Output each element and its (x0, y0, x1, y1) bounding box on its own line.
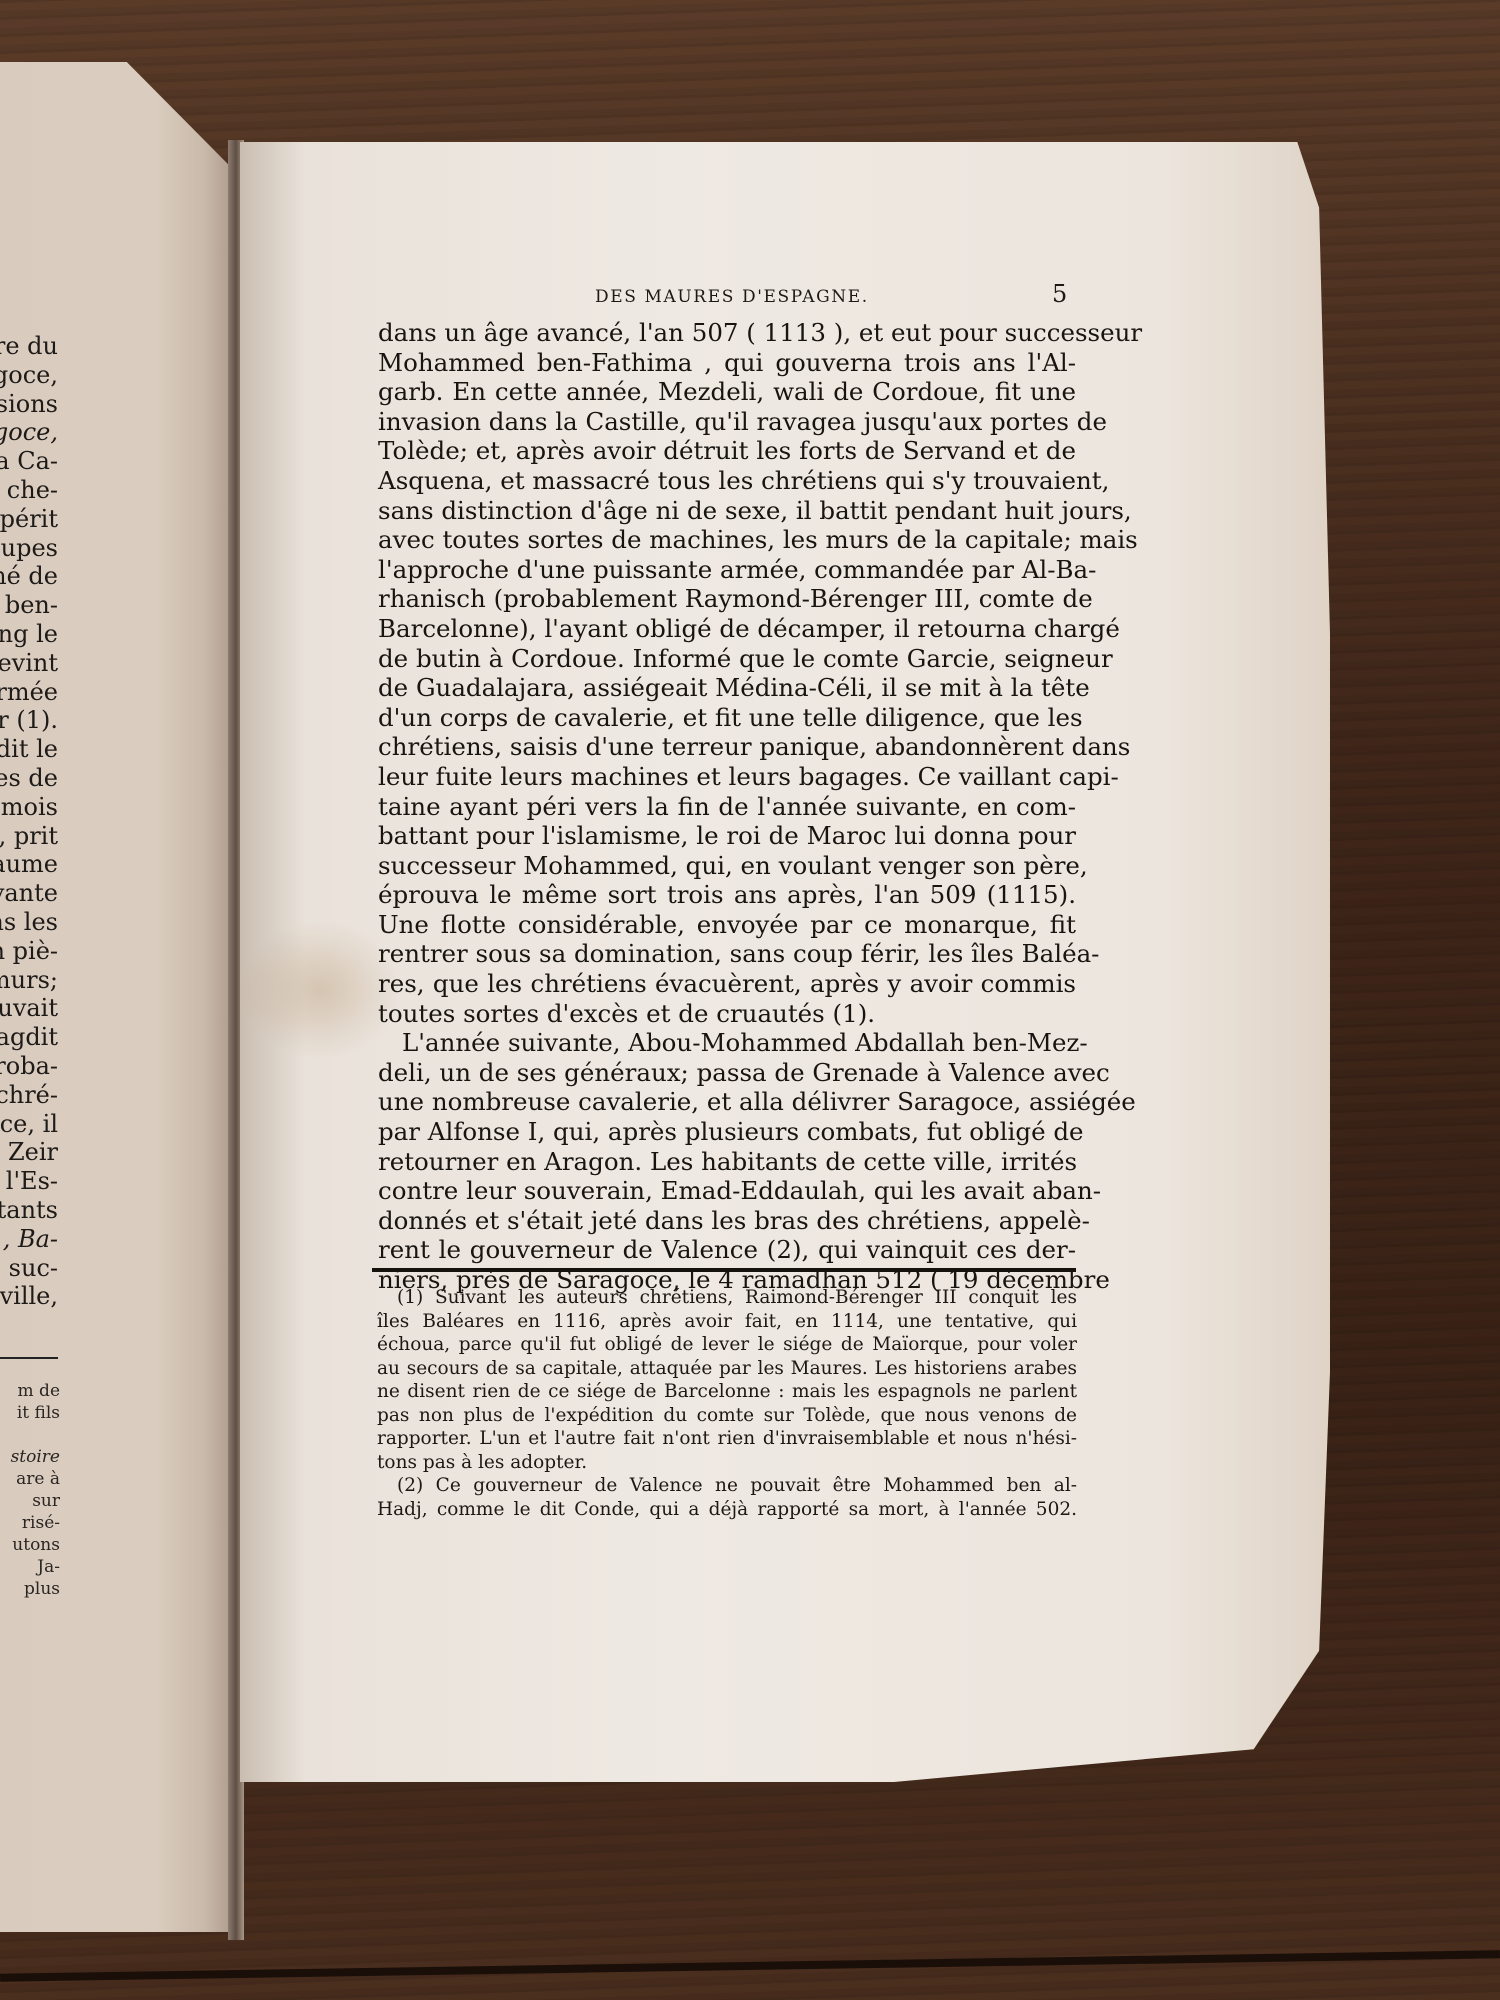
text-line: d'un corps de cavalerie, et fit une tell… (378, 703, 1076, 733)
text-line: taine ayant péri vers la fin de l'année … (378, 792, 1076, 822)
left-line: n mois (0, 793, 58, 822)
text-line: par Alfonse I, qui, après plusieurs comb… (378, 1117, 1076, 1147)
left-line: il périt (0, 505, 58, 534)
left-line: nce, il (0, 1110, 58, 1139)
text-line: Mohammed ben-Fathima , qui gouverna troi… (378, 348, 1076, 378)
footnote-line: au secours de sa capitale, attaquée par … (377, 1357, 1077, 1381)
left-page: rdre du ragoce, ursions ragoce, a la Ca-… (0, 62, 238, 1932)
text-line: leur fuite leurs machines et leurs bagag… (378, 762, 1076, 792)
left-line: mes de (0, 764, 58, 793)
footnote-line: échoua, parce qu'il fut obligé de lever … (377, 1333, 1077, 1357)
left-line: es che- (0, 476, 58, 505)
text-line: l'approche d'une puissante armée, comman… (378, 555, 1076, 585)
left-note-line: stoire (0, 1446, 60, 1468)
left-line: ville, (0, 1282, 58, 1311)
text-line: successeur Mohammed, qui, en voulant ven… (378, 851, 1076, 881)
text-line: avec toutes sortes de machines, les murs… (378, 525, 1076, 555)
running-header: DES MAURES D'ESPAGNE. (595, 287, 869, 307)
footnote-line: (1) Suivant les auteurs chrétiens, Raimo… (377, 1286, 1077, 1310)
text-line: éprouva le même sort trois ans après, l'… (378, 880, 1076, 910)
left-line: suc- (0, 1254, 58, 1283)
text-line: deli, un de ses généraux; passa de Grena… (378, 1058, 1076, 1088)
left-line: revint (0, 649, 58, 678)
footnote-line: pas non plus de l'expédition du comte su… (377, 1404, 1077, 1428)
text-line: res, que les chrétiens évacuèrent, après… (378, 969, 1076, 999)
left-note-gap (0, 1424, 60, 1446)
left-line: armée (0, 678, 58, 707)
text-line: Tolède; et, après avoir détruit les fort… (378, 436, 1076, 466)
left-note-line: utons (0, 1534, 60, 1556)
text-line: contre leur souverain, Emad-Eddaulah, qu… (378, 1176, 1076, 1206)
footnote-line: Hadj, comme le dit Conde, qui a déjà rap… (377, 1498, 1077, 1522)
left-line: vaume (0, 850, 58, 879)
text-line: rhanisch (probablement Raymond-Bérenger … (378, 584, 1076, 614)
text-line: de butin à Cordoue. Informé que le comte… (378, 644, 1076, 674)
left-note-line: Ja- (0, 1556, 60, 1578)
text-line: garb. En cette année, Mezdeli, wali de C… (378, 377, 1076, 407)
left-line: n piè- (0, 937, 58, 966)
left-line: ursions (0, 390, 58, 419)
text-line: donnés et s'était jeté dans les bras des… (378, 1206, 1076, 1236)
footnotes: (1) Suivant les auteurs chrétiens, Raimo… (377, 1286, 1077, 1521)
left-line: murs; (0, 966, 58, 995)
left-note-line: risé- (0, 1512, 60, 1534)
text-line: L'année suivante, Abou-Mohammed Abdallah… (378, 1028, 1076, 1058)
body-text: dans un âge avancé, l'an 507 ( 1113 ), e… (378, 318, 1076, 1295)
text-line: Asquena, et massacré tous les chrétiens … (378, 466, 1076, 496)
left-line: ans les (0, 908, 58, 937)
left-line: l'Es- (0, 1167, 58, 1196)
text-line: dans un âge avancé, l'an 507 ( 1113 ), e… (378, 318, 1076, 348)
footnote-line: tons pas à les adopter. (377, 1451, 1077, 1475)
left-page-text: rdre du ragoce, ursions ragoce, a la Ca-… (0, 332, 58, 1311)
left-line: uvante (0, 879, 58, 908)
text-line: chrétiens, saisis d'une terreur panique,… (378, 732, 1076, 762)
left-line: , Ba- (0, 1225, 58, 1254)
left-footnotes: m de it fils stoire are à sur risé- uton… (0, 1380, 60, 1600)
left-line: ragoce, (0, 361, 58, 390)
left-line: ouvait (0, 994, 58, 1023)
text-line: Une flotte considérable, envoyée par ce … (378, 910, 1076, 940)
text-line: de Guadalajara, assiégeait Médina-Céli, … (378, 673, 1076, 703)
water-stain (240, 920, 400, 1060)
left-line: itants (0, 1196, 58, 1225)
left-line: proba- (0, 1052, 58, 1081)
left-line: lagdit (0, 1023, 58, 1052)
left-line: Ier (1). (0, 706, 58, 735)
left-note-line: m de (0, 1380, 60, 1402)
left-line: roupes (0, 534, 58, 563)
page-number: 5 (1052, 280, 1067, 308)
left-line: ragoce, (0, 418, 58, 447)
left-note-line: are à (0, 1468, 60, 1490)
text-line: sans distinction d'âge ni de sexe, il ba… (378, 496, 1076, 526)
footnote-rule (372, 1268, 1076, 1272)
left-note-line: plus (0, 1578, 60, 1600)
left-footnote-rule (0, 1357, 58, 1359)
footnote-line: ne disent rien de ce siége de Barcelonne… (377, 1380, 1077, 1404)
footnote-line: îles Baléares en 1116, après avoir fait,… (377, 1310, 1077, 1334)
left-line: rmé de (0, 562, 58, 591)
footnote-line: (2) Ce gouverneur de Valence ne pouvait … (377, 1474, 1077, 1498)
left-line: sang le (0, 620, 58, 649)
left-line: ndit le (0, 735, 58, 764)
text-line: invasion dans la Castille, qu'il ravagea… (378, 407, 1076, 437)
left-line: chré- (0, 1081, 58, 1110)
text-line: retourner en Aragon. Les habitants de ce… (378, 1147, 1076, 1177)
text-line: une nombreuse cavalerie, et alla délivre… (378, 1087, 1076, 1117)
left-line: n Zeir (0, 1138, 58, 1167)
text-line: toutes sortes d'excès et de cruautés (1)… (378, 999, 1076, 1029)
text-line: battant pour l'islamisme, le roi de Maro… (378, 821, 1076, 851)
left-line: r ben- (0, 591, 58, 620)
text-line: Barcelonne), l'ayant obligé de décamper,… (378, 614, 1076, 644)
left-line: ), prit (0, 822, 58, 851)
text-line: rent le gouverneur de Valence (2), qui v… (378, 1235, 1076, 1265)
text-line: rentrer sous sa domination, sans coup fé… (378, 939, 1076, 969)
left-note-line: it fils (0, 1402, 60, 1424)
table-seam (0, 1950, 1500, 1982)
left-line: rdre du (0, 332, 58, 361)
footnote-line: rapporter. L'un et l'autre fait n'ont ri… (377, 1427, 1077, 1451)
left-line: a la Ca- (0, 447, 58, 476)
left-note-line: sur (0, 1490, 60, 1512)
